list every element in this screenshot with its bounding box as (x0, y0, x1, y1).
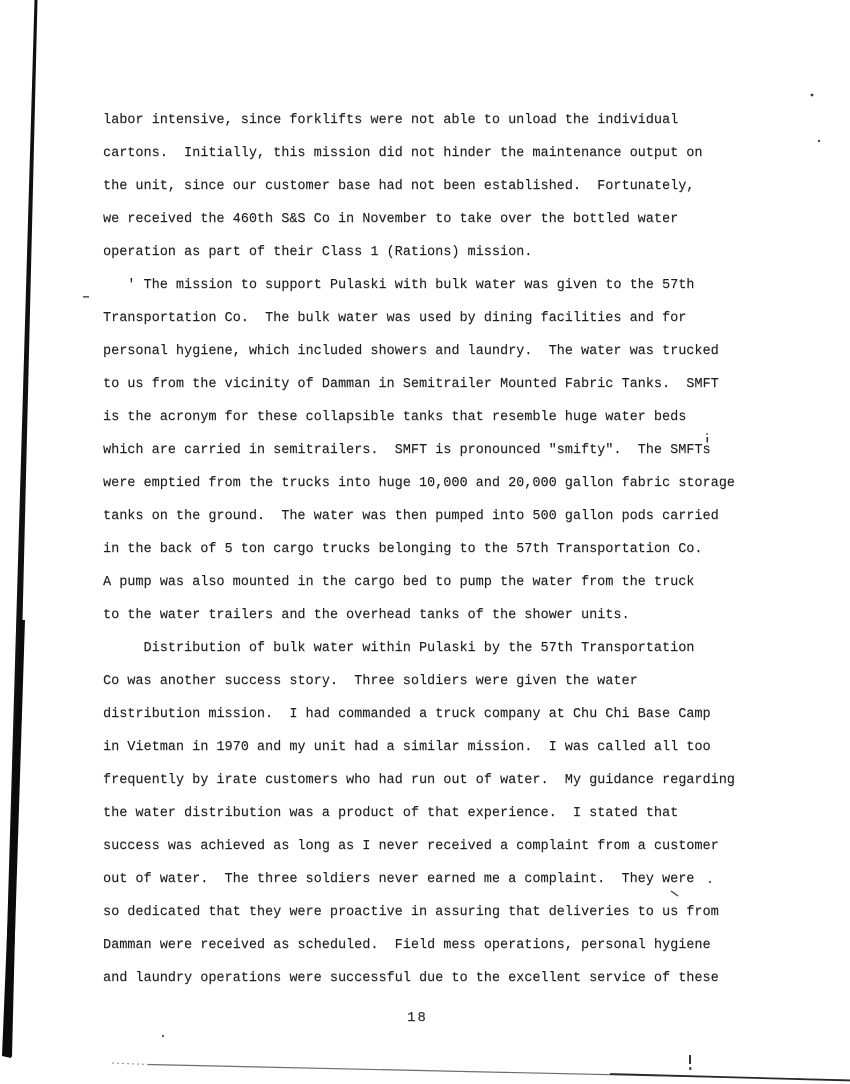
text-line: Co was another success story. Three sold… (103, 665, 735, 698)
scan-tick-mark-dot (689, 1067, 691, 1070)
text-line: cartons. Initially, this mission did not… (103, 137, 735, 170)
scan-tick-mark (689, 1055, 691, 1064)
document-page: labor intensive, since forklifts were no… (0, 0, 850, 1084)
text-line: so dedicated that they were proactive in… (103, 896, 735, 929)
scan-bottom-line (148, 1065, 850, 1081)
text-line: frequently by irate customers who had ru… (103, 764, 735, 797)
text-line: were emptied from the trucks into huge 1… (103, 467, 735, 500)
text-line: to the water trailers and the overhead t… (103, 599, 735, 632)
text-line: in Vietman in 1970 and my unit had a sim… (103, 731, 735, 764)
text-line: in the back of 5 ton cargo trucks belong… (103, 533, 735, 566)
text-line: success was achieved as long as I never … (103, 830, 735, 863)
page-number: 18 (407, 1010, 428, 1026)
text-line: to us from the vicinity of Damman in Sem… (103, 368, 735, 401)
text-line: labor intensive, since forklifts were no… (103, 104, 735, 137)
text-line: tanks on the ground. The water was then … (103, 500, 735, 533)
text-line: personal hygiene, which included showers… (103, 335, 735, 368)
paragraph: labor intensive, since forklifts were no… (103, 104, 735, 269)
text-line: Transportation Co. The bulk water was us… (103, 302, 735, 335)
ink-speck-top-right-2 (818, 140, 820, 142)
paragraph: Distribution of bulk water within Pulask… (103, 632, 735, 995)
text-line: out of water. The three soldiers never e… (103, 863, 735, 896)
scan-left-edge-line-thick-bottom (2, 620, 25, 1058)
text-line: the unit, since our customer base had no… (103, 170, 735, 203)
text-line: is the acronym for these collapsible tan… (103, 401, 735, 434)
text-line: Damman were received as scheduled. Field… (103, 929, 735, 962)
text-line: and laundry operations were successful d… (103, 962, 735, 995)
text-body: labor intensive, since forklifts were no… (103, 104, 735, 995)
text-line: we received the 460th S&S Co in November… (103, 203, 735, 236)
ink-speck-top-right-1 (811, 94, 814, 97)
scan-bottom-line-dark-right (610, 1074, 850, 1081)
text-line: which are carried in semitrailers. SMFT … (103, 434, 735, 467)
paragraph: ' The mission to support Pulaski with bu… (103, 269, 735, 632)
text-line: operation as part of their Class 1 (Rati… (103, 236, 735, 269)
scan-bottom-line-dashes (112, 1063, 148, 1065)
text-line: A pump was also mounted in the cargo bed… (103, 566, 735, 599)
ink-speck-left-margin-dash (83, 296, 89, 298)
text-line: ' The mission to support Pulaski with bu… (103, 269, 735, 302)
text-line: the water distribution was a product of … (103, 797, 735, 830)
scan-left-edge-line (4, 0, 38, 1057)
ink-speck-bottom-left (162, 1035, 164, 1037)
text-line: Distribution of bulk water within Pulask… (103, 632, 735, 665)
text-line: distribution mission. I had commanded a … (103, 698, 735, 731)
